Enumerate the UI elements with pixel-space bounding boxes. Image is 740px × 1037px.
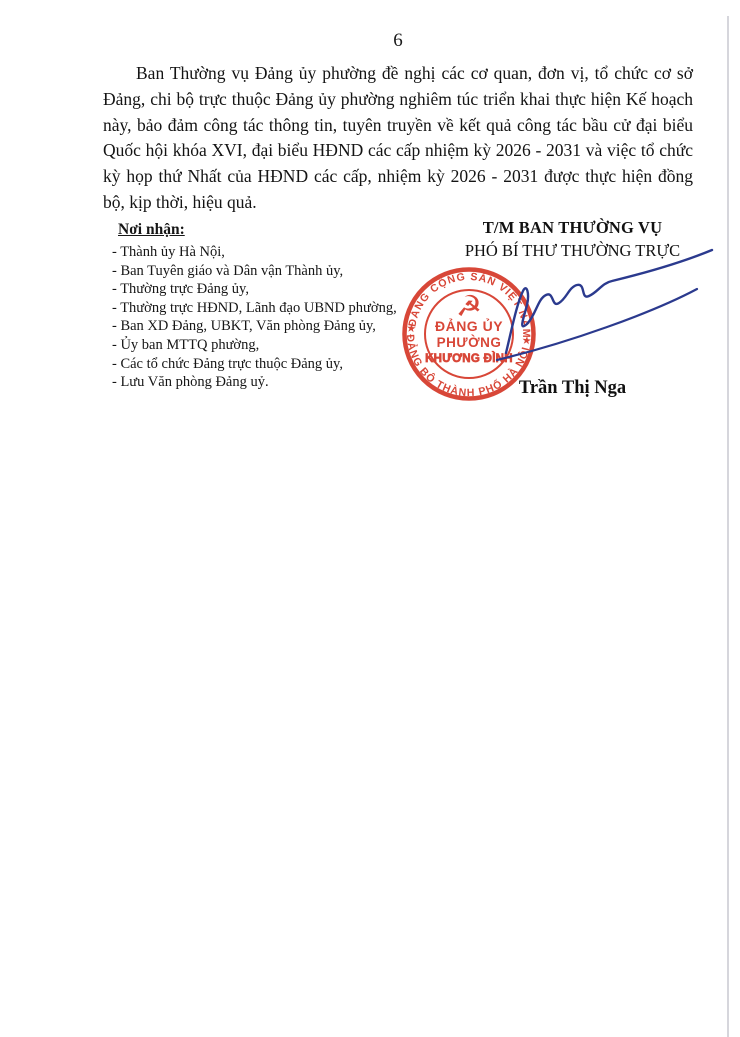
body-line: Đảng, chi bộ trực thuộc Đảng ủy phường n… (103, 87, 693, 113)
recipient-item: - Ban Tuyên giáo và Dân vận Thành ủy, (112, 262, 442, 281)
recipients-title: Nơi nhận: (118, 221, 442, 239)
stamp-center-line1: ĐẢNG ỦY (435, 317, 503, 334)
body-line: bộ, kịp thời, hiệu quả. (103, 190, 693, 216)
recipient-item: - Ủy ban MTTQ phường, (112, 336, 442, 355)
body-line: Quốc hội khóa XVI, đại biểu HĐND các cấp… (103, 138, 693, 164)
recipients-section: Nơi nhận: - Thành ủy Hà Nội, - Ban Tuyên… (112, 221, 442, 392)
recipient-item: - Thường trực HĐND, Lãnh đạo UBND phường… (112, 299, 442, 318)
body-line: Ban Thường vụ Đảng ủy phường đề nghị các… (103, 61, 693, 87)
signature-block-heading: T/M BAN THƯỜNG VỤ PHÓ BÍ THƯ THƯỜNG TRỰC (450, 218, 695, 261)
recipient-item: - Thường trực Đảng ủy, (112, 280, 442, 299)
star-icon: ★ (406, 322, 417, 335)
body-line: kỳ họp thứ Nhất của HĐND các cấp, nhiệm … (103, 164, 693, 190)
stamp-center-line3: KHƯƠNG ĐÌNH (425, 352, 513, 365)
signer-name: Trần Thị Nga (450, 378, 695, 399)
stamp-center-line2: PHƯỜNG (437, 335, 502, 350)
star-icon: ★ (521, 335, 532, 348)
body-line: này, bảo đảm công tác thông tin, tuyên t… (103, 113, 693, 139)
recipient-item: - Lưu Văn phòng Đảng uỷ. (112, 373, 442, 392)
recipient-item: - Các tổ chức Đảng trực thuộc Đảng ủy, (112, 355, 442, 374)
page-number: 6 (103, 30, 693, 52)
signing-authority: T/M BAN THƯỜNG VỤ (450, 218, 695, 238)
signer-position: PHÓ BÍ THƯ THƯỜNG TRỰC (450, 241, 695, 261)
body-paragraph: Ban Thường vụ Đảng ủy phường đề nghị các… (103, 61, 693, 216)
recipient-item: - Ban XD Đảng, UBKT, Văn phòng Đảng ủy, (112, 317, 442, 336)
document-page: 6 Ban Thường vụ Đảng ủy phường đề nghị c… (0, 0, 740, 1037)
scan-edge-line (727, 16, 729, 1037)
recipient-item: - Thành ủy Hà Nội, (112, 243, 442, 262)
